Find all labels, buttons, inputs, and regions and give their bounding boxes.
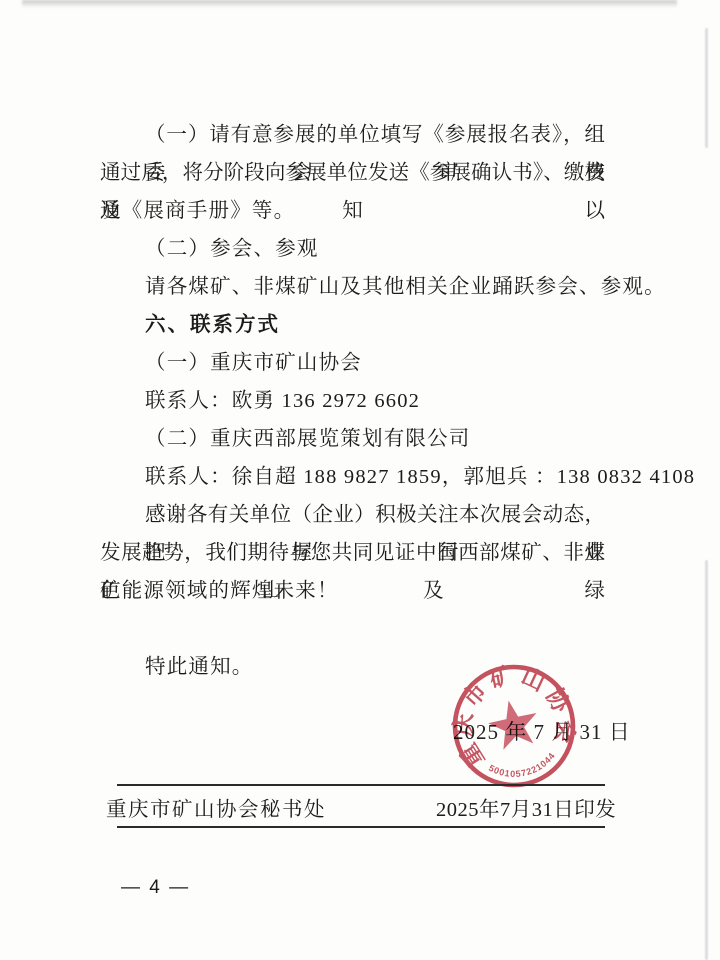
scan-edge-streak [705, 560, 708, 960]
spacer [100, 610, 605, 648]
body-line: 通过后，将分阶段向参展单位发送《参展确认书》、缴费通知以 [100, 154, 605, 192]
body-text: （一）请有意参展的单位填写《参展报名表》，组委会审核 通过后，将分阶段向参展单位… [100, 116, 605, 686]
svg-text:5001057221044: 5001057221044 [485, 749, 560, 785]
scan-edge-streak [705, 28, 708, 148]
body-line: 感谢各有关单位（企业）积极关注本次展会动态，把握行业 [100, 496, 605, 534]
footer-rule-bottom [117, 826, 605, 828]
page-number: — 4 — [121, 877, 190, 899]
body-line: （二）参会、参观 [100, 230, 605, 268]
issue-date: 2025 年 7 月 31 日 [453, 716, 599, 746]
body-line: 请各煤矿、非煤矿山及其他相关企业踊跃参会、参观。 [100, 268, 605, 306]
contact-line: 联系人：欧勇 136 2972 6602 [100, 382, 605, 420]
scan-edge-shadow-top [22, 0, 677, 8]
section-heading-contact: 六、联系方式 [100, 306, 605, 344]
body-line: （一）请有意参展的单位填写《参展报名表》，组委会审核 [100, 116, 605, 154]
document-page: （一）请有意参展的单位填写《参展报名表》，组委会审核 通过后，将分阶段向参展单位… [0, 0, 720, 960]
body-line: （二）重庆西部展览策划有限公司 [100, 420, 605, 458]
footer-issuer: 重庆市矿山协会秘书处 [106, 792, 326, 822]
contact-line: 联系人：徐自超 188 9827 1859，郭旭兵 ：138 0832 4108 [100, 458, 605, 496]
body-line: （一）重庆市矿山协会 [100, 344, 605, 382]
footer-rule-top [117, 784, 605, 786]
body-line: 发展趋势，我们期待与您共同见证中国西部煤矿、非煤矿山及绿 [100, 534, 605, 572]
seal-code-text: 5001057221044 [485, 749, 560, 785]
footer-print-date: 2025年7月31日印发 [436, 792, 606, 822]
